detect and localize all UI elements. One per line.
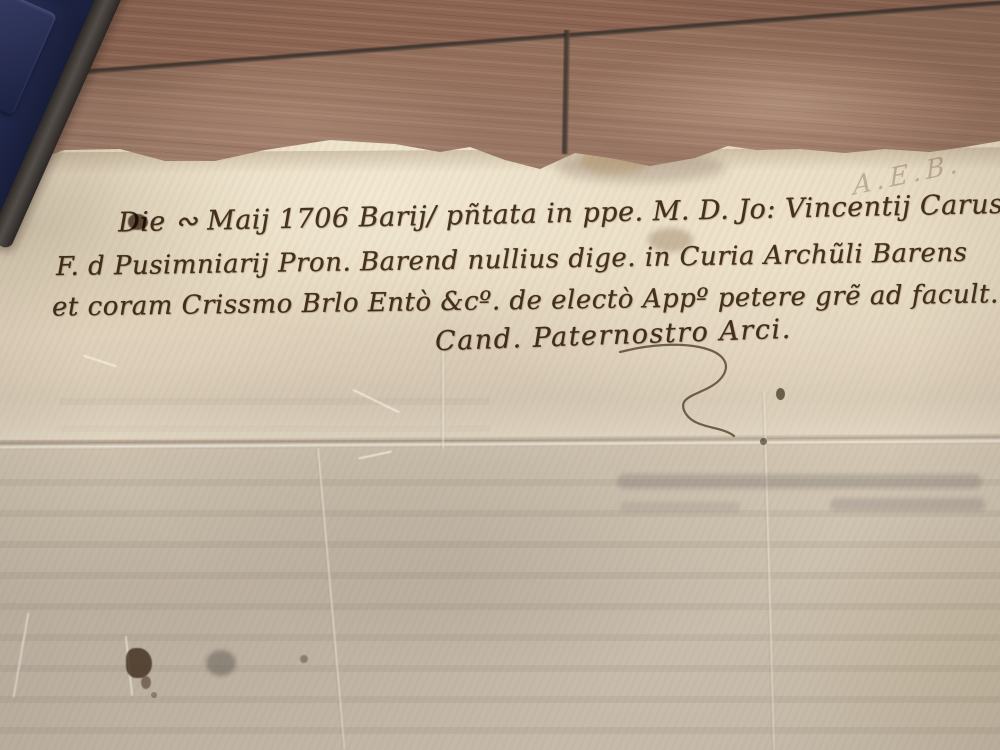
ink-showthrough-smudge [617, 474, 982, 489]
vertical-crease-upper [441, 345, 445, 449]
ink-stain [126, 648, 152, 678]
ink-stain [141, 676, 151, 689]
stapler-raised-panel [0, 0, 57, 115]
ink-showthrough-smudge [620, 502, 740, 512]
ink-showthrough-smudge [830, 498, 985, 511]
small-speck-stain [300, 655, 308, 663]
signature-flourish [612, 330, 782, 445]
dark-smudge-stain [206, 650, 236, 676]
photo-canvas: Die ∾ Maij 1706 Barij/ pñtata in ppe. M.… [0, 0, 1000, 750]
ink-stain [151, 692, 157, 698]
